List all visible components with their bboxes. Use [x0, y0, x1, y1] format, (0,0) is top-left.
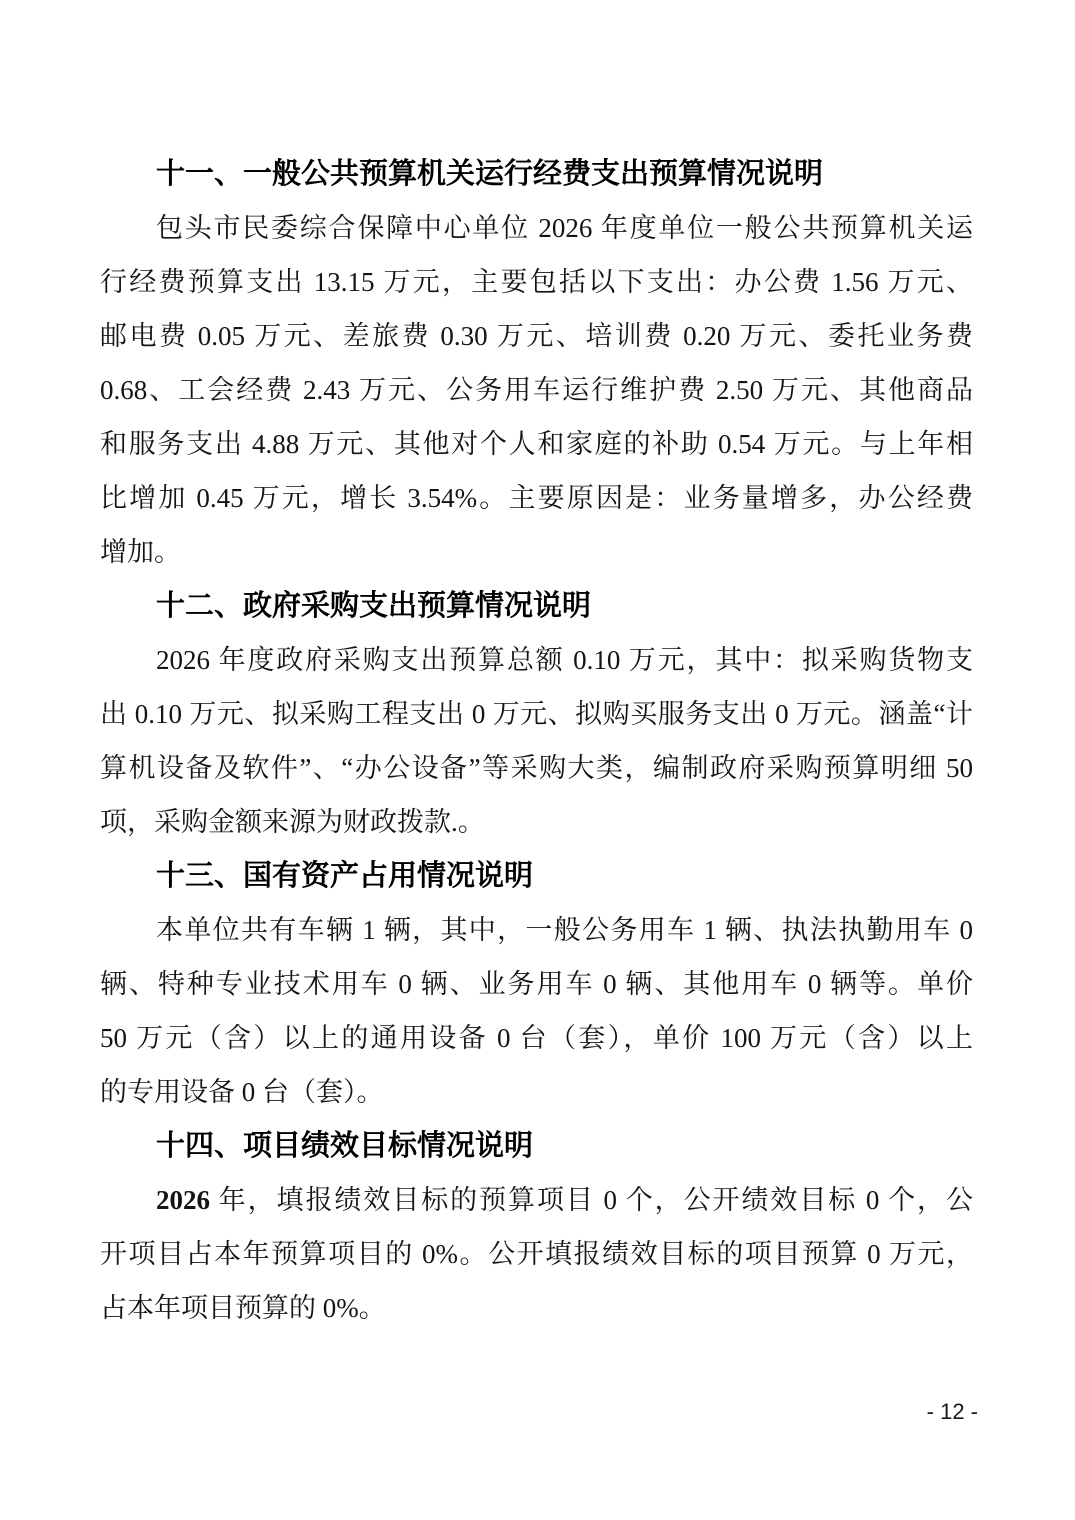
section-11-paragraph-line: 增加。	[100, 525, 973, 579]
section-13-paragraph-line: 50 万元（含）以上的通用设备 0 台（套），单价 100 万元（含）以上	[100, 1011, 973, 1065]
section-11-paragraph-line: 邮电费 0.05 万元、差旅费 0.30 万元、培训费 0.20 万元、委托业务…	[100, 309, 973, 363]
page-number: - 12 -	[927, 1398, 978, 1426]
paragraph-text: 年，填报绩效目标的预算项目 0 个，公开绩效目标 0 个，公	[210, 1185, 973, 1215]
section-12-paragraph-line: 出 0.10 万元、拟采购工程支出 0 万元、拟购买服务支出 0 万元。涵盖“计	[100, 687, 973, 741]
document-page: 十一、一般公共预算机关运行经费支出预算情况说明 包头市民委综合保障中心单位 20…	[0, 0, 1075, 1520]
section-14-paragraph-line: 2026 年，填报绩效目标的预算项目 0 个，公开绩效目标 0 个，公	[100, 1173, 973, 1227]
section-11-paragraph-line: 和服务支出 4.88 万元、其他对个人和家庭的补助 0.54 万元。与上年相	[100, 417, 973, 471]
section-12-paragraph-line: 算机设备及软件”、“办公设备”等采购大类，编制政府采购预算明细 50	[100, 741, 973, 795]
section-13-paragraph-line: 辆、特种专业技术用车 0 辆、业务用车 0 辆、其他用车 0 辆等。单价	[100, 957, 973, 1011]
section-11-paragraph-line: 包头市民委综合保障中心单位 2026 年度单位一般公共预算机关运	[100, 201, 973, 255]
section-12-paragraph-line: 项，采购金额来源为财政拨款.。	[100, 795, 973, 849]
section-11-heading: 十一、一般公共预算机关运行经费支出预算情况说明	[100, 147, 973, 201]
section-11-paragraph-line: 行经费预算支出 13.15 万元，主要包括以下支出：办公费 1.56 万元、	[100, 255, 973, 309]
section-13-heading: 十三、国有资产占用情况说明	[100, 849, 973, 903]
section-14-paragraph-line: 占本年项目预算的 0%。	[100, 1281, 973, 1335]
section-13-paragraph-line: 的专用设备 0 台（套）。	[100, 1065, 973, 1119]
section-11-paragraph-line: 比增加 0.45 万元，增长 3.54%。主要原因是：业务量增多，办公经费	[100, 471, 973, 525]
section-12-heading: 十二、政府采购支出预算情况说明	[100, 579, 973, 633]
section-13-paragraph-line: 本单位共有车辆 1 辆，其中，一般公务用车 1 辆、执法执勤用车 0	[100, 903, 973, 957]
bold-year-text: 2026	[156, 1185, 210, 1215]
section-14-paragraph-line: 开项目占本年预算项目的 0%。公开填报绩效目标的项目预算 0 万元，	[100, 1227, 973, 1281]
section-11-paragraph-line: 0.68、工会经费 2.43 万元、公务用车运行维护费 2.50 万元、其他商品	[100, 363, 973, 417]
section-12-paragraph-line: 2026 年度政府采购支出预算总额 0.10 万元，其中：拟采购货物支	[100, 633, 973, 687]
section-14-heading: 十四、项目绩效目标情况说明	[100, 1119, 973, 1173]
document-content: 十一、一般公共预算机关运行经费支出预算情况说明 包头市民委综合保障中心单位 20…	[100, 147, 973, 1335]
